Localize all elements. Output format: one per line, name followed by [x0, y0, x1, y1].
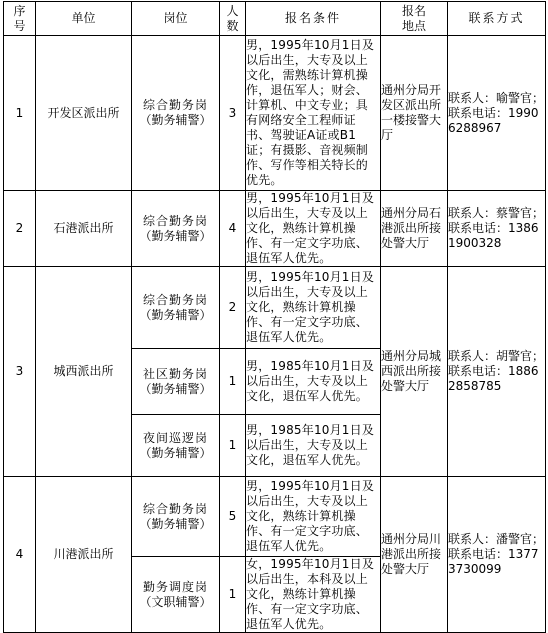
post-name: 综合勤务岗	[132, 214, 219, 229]
location-cell: 通州分局川港派出所接处警大厅	[381, 477, 448, 633]
location-cell: 通州分局开发区派出所一楼接警大厅	[381, 36, 448, 191]
conditions-cell: 男，1995年10月1日及以后出生，大专及以上文化，熟练计算机操作、有一定文字功…	[246, 477, 381, 557]
post-cell: 综合勤务岗 （勤务辅警）	[132, 267, 220, 349]
post-cell: 社区勤务岗 （勤务辅警）	[132, 349, 220, 415]
table-row: 4 川港派出所 综合勤务岗 （勤务辅警） 5 男，1995年10月1日及以后出生…	[4, 477, 546, 557]
conditions-cell: 男，1995年10月1日及以后出生，大专及以上文化，需熟练计算机操作，退伍军人；…	[246, 36, 381, 191]
post-name: 综合勤务岗	[132, 293, 219, 308]
unit-cell: 城西派出所	[36, 267, 132, 477]
seq-cell: 2	[4, 191, 36, 267]
conditions-cell: 女，1995年10月1日及以后出生，本科及以上文化，熟练计算机操作、有一定文字功…	[246, 557, 381, 633]
count-cell: 1	[220, 415, 246, 477]
post-category: （文职辅警）	[132, 595, 219, 610]
post-category: （勤务辅警）	[132, 229, 219, 244]
conditions-cell: 男，1985年10月1日及以后出生，大专及以上文化，退伍军人优先。	[246, 415, 381, 477]
header-row: 序号 单位 岗位 人数 报名条件 报名地点 联系方式	[4, 2, 546, 36]
post-category: （勤务辅警）	[132, 382, 219, 397]
seq-cell: 1	[4, 36, 36, 191]
contact-cell: 联系人：胡警官；联系电话：18862858785	[448, 267, 546, 477]
count-cell: 1	[220, 557, 246, 633]
header-post: 岗位	[132, 2, 220, 36]
location-cell: 通州分局城西派出所接处警大厅	[381, 267, 448, 477]
post-category: （勤务辅警）	[132, 446, 219, 461]
post-cell: 勤务调度岗 （文职辅警）	[132, 557, 220, 633]
unit-cell: 石港派出所	[36, 191, 132, 267]
post-cell: 综合勤务岗 （勤务辅警）	[132, 36, 220, 191]
seq-cell: 4	[4, 477, 36, 633]
contact-cell: 联系人：蔡警官；联系电话：13861900328	[448, 191, 546, 267]
count-cell: 5	[220, 477, 246, 557]
count-cell: 2	[220, 267, 246, 349]
count-cell: 4	[220, 191, 246, 267]
header-count: 人数	[220, 2, 246, 36]
conditions-cell: 男，1995年10月1日及以后出生，大专及以上文化，熟练计算机操作、有一定文字功…	[246, 267, 381, 349]
count-cell: 3	[220, 36, 246, 191]
header-seq: 序号	[4, 2, 36, 36]
seq-cell: 3	[4, 267, 36, 477]
post-name: 社区勤务岗	[132, 367, 219, 382]
post-name: 综合勤务岗	[132, 98, 219, 113]
post-cell: 综合勤务岗 （勤务辅警）	[132, 191, 220, 267]
header-location: 报名地点	[381, 2, 448, 36]
post-name: 综合勤务岗	[132, 502, 219, 517]
unit-cell: 开发区派出所	[36, 36, 132, 191]
table-row: 1 开发区派出所 综合勤务岗 （勤务辅警） 3 男，1995年10月1日及以后出…	[4, 36, 546, 191]
post-cell: 夜间巡逻岗 （勤务辅警）	[132, 415, 220, 477]
table-row: 2 石港派出所 综合勤务岗 （勤务辅警） 4 男，1995年10月1日及以后出生…	[4, 191, 546, 267]
post-name: 勤务调度岗	[132, 580, 219, 595]
conditions-cell: 男，1985年10月1日及以后出生，大专及以上文化，退伍军人优先。	[246, 349, 381, 415]
conditions-cell: 男，1995年10月1日及以后出生，大专及以上文化，熟练计算机操作、有一定文字功…	[246, 191, 381, 267]
post-category: （勤务辅警）	[132, 113, 219, 128]
contact-cell: 联系人：喻警官；联系电话：19906288967	[448, 36, 546, 191]
post-cell: 综合勤务岗 （勤务辅警）	[132, 477, 220, 557]
post-category: （勤务辅警）	[132, 308, 219, 323]
table-row: 3 城西派出所 综合勤务岗 （勤务辅警） 2 男，1995年10月1日及以后出生…	[4, 267, 546, 349]
location-cell: 通州分局石港派出所接处警大厅	[381, 191, 448, 267]
header-unit: 单位	[36, 2, 132, 36]
unit-cell: 川港派出所	[36, 477, 132, 633]
header-contact: 联系方式	[448, 2, 546, 36]
contact-cell: 联系人：潘警官；联系电话：13773730099	[448, 477, 546, 633]
header-conditions: 报名条件	[246, 2, 381, 36]
recruitment-table: 序号 单位 岗位 人数 报名条件 报名地点 联系方式 1 开发区派出所 综合勤务…	[3, 1, 546, 633]
post-category: （勤务辅警）	[132, 517, 219, 532]
count-cell: 1	[220, 349, 246, 415]
post-name: 夜间巡逻岗	[132, 431, 219, 446]
